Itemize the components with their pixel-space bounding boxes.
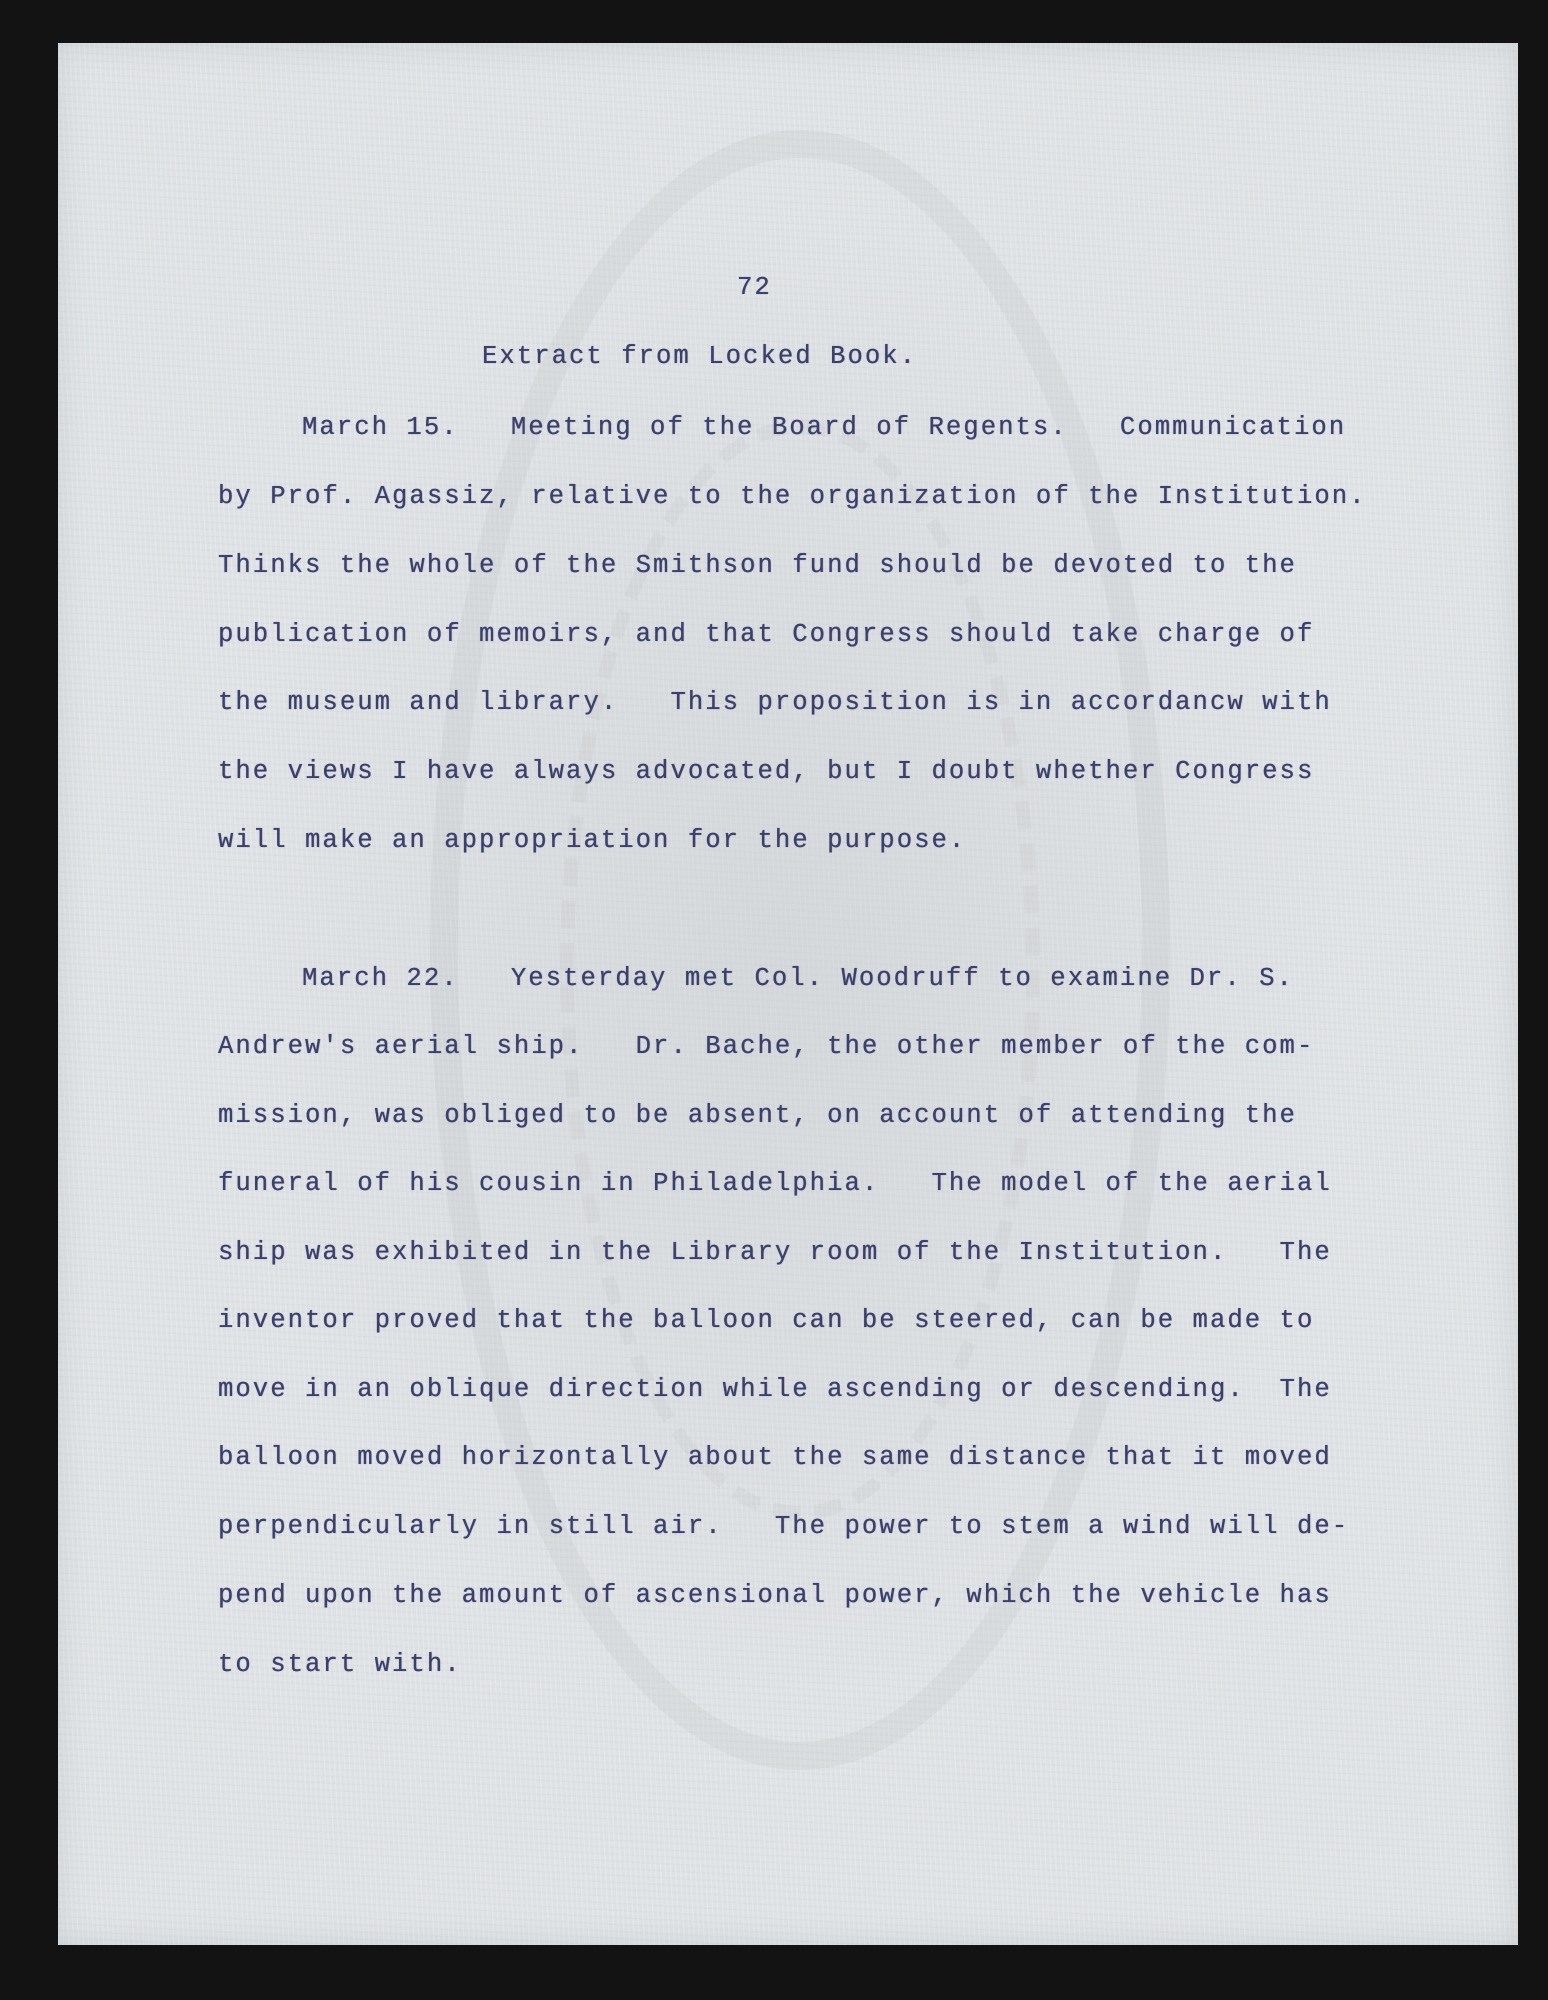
paragraph-1-line-7: will make an appropriation for the purpo… xyxy=(218,828,966,854)
paragraph-1-line-2: by Prof. Agassiz, relative to the organi… xyxy=(218,484,1367,510)
paragraph-2-line-11: to start with. xyxy=(218,1652,462,1678)
paragraph-1-line-3: Thinks the whole of the Smithson fund sh… xyxy=(218,553,1297,579)
paragraph-2-line-6: inventor proved that the balloon can be … xyxy=(218,1308,1314,1334)
paragraph-2-line-3: mission, was obliged to be absent, on ac… xyxy=(218,1103,1297,1129)
paragraph-2-line-9: perpendicularly in still air. The power … xyxy=(218,1514,1349,1540)
paragraph-1-line-1: March 15. Meeting of the Board of Regent… xyxy=(302,415,1346,441)
paragraph-1-line-5: the museum and library. This proposition… xyxy=(218,690,1332,716)
paragraph-2-line-10: pend upon the amount of ascensional powe… xyxy=(218,1583,1332,1609)
paragraph-1-line-4: publication of memoirs, and that Congres… xyxy=(218,622,1314,648)
paragraph-2-line-7: move in an oblique direction while ascen… xyxy=(218,1377,1332,1403)
paragraph-2-line-5: ship was exhibited in the Library room o… xyxy=(218,1240,1332,1266)
page-number: 72 xyxy=(737,275,772,301)
paragraph-2-line-1: March 22. Yesterday met Col. Woodruff to… xyxy=(302,966,1294,992)
paragraph-1-line-6: the views I have always advocated, but I… xyxy=(218,759,1314,785)
paragraph-2-line-8: balloon moved horizontally about the sam… xyxy=(218,1445,1332,1471)
document-title: Extract from Locked Book. xyxy=(482,344,917,370)
paragraph-2-line-4: funeral of his cousin in Philadelphia. T… xyxy=(218,1171,1332,1197)
paragraph-2-line-2: Andrew's aerial ship. Dr. Bache, the oth… xyxy=(218,1034,1314,1060)
